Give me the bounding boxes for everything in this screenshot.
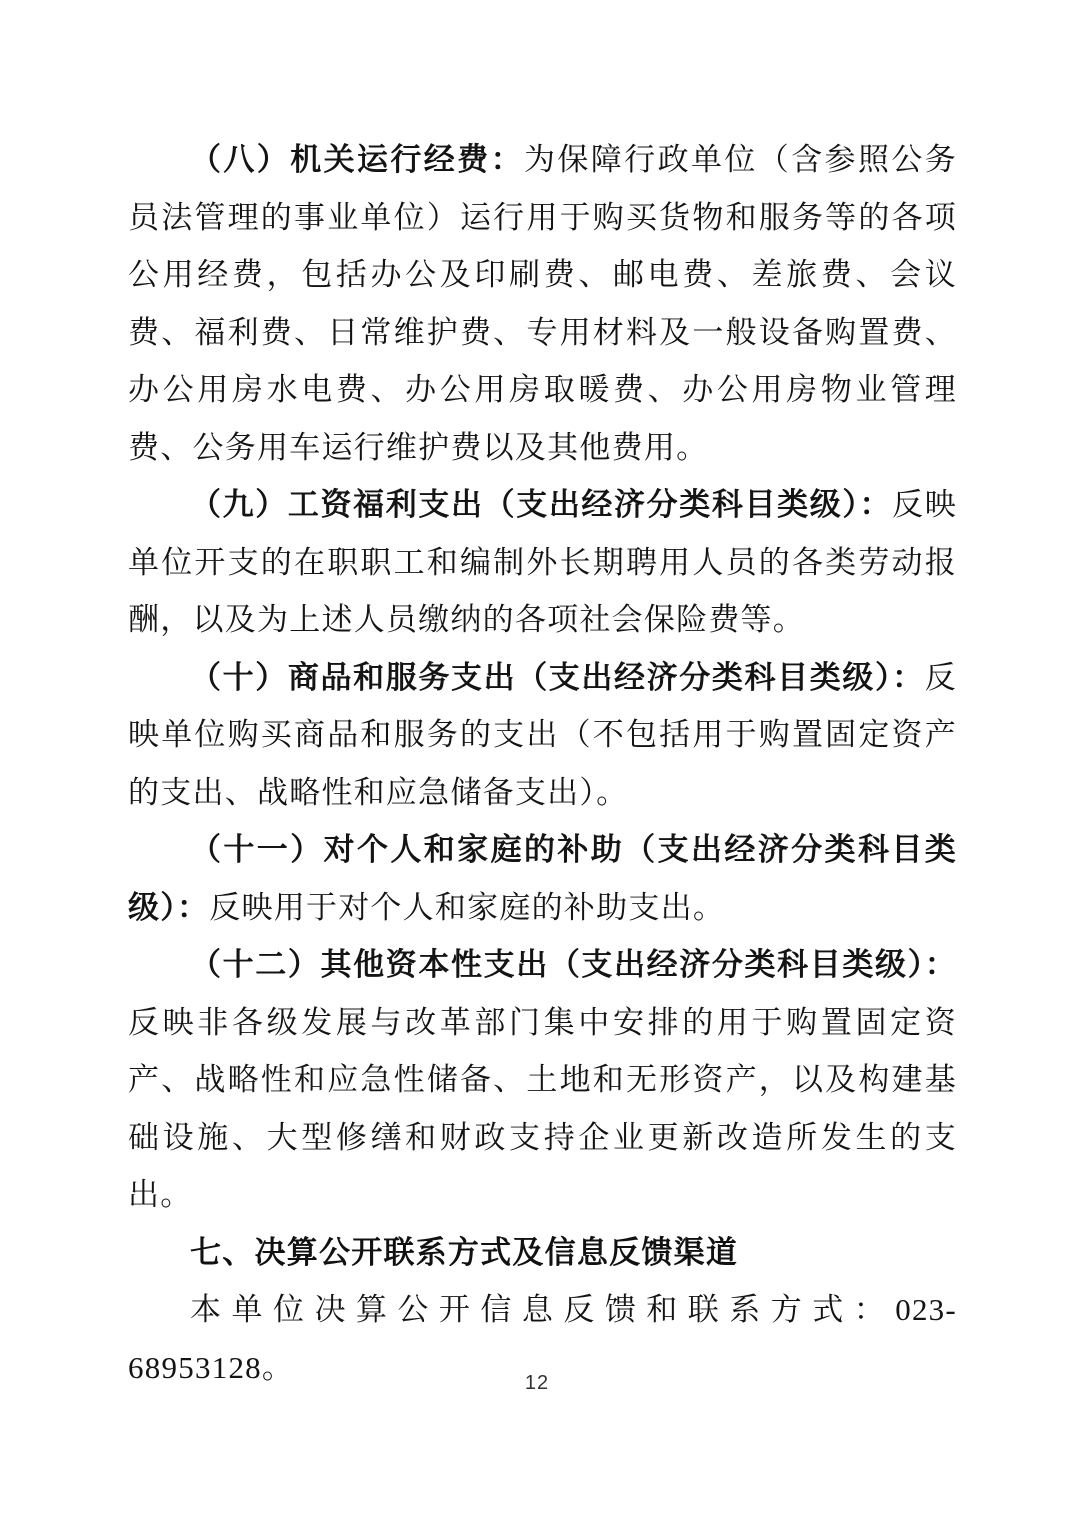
page-footer: 12 — [0, 1372, 1074, 1395]
section-heading: 七、决算公开联系方式及信息反馈渠道 — [128, 1224, 957, 1282]
page-number: 12 — [525, 1372, 549, 1394]
paragraph-text: 反映用于对个人和家庭的补助支出。 — [209, 890, 725, 925]
document-body: （八）机关运行经费：为保障行政单位（含参照公务员法管理的事业单位）运行用于购买货… — [128, 131, 957, 1396]
paragraph-item-12: （十二）其他资本性支出（支出经济分类科目类级）：反映非各级发展与改革部门集中安排… — [128, 936, 957, 1224]
paragraph-item-9: （九）工资福利支出（支出经济分类科目类级）：反映单位开支的在职职工和编制外长期聘… — [128, 476, 957, 649]
paragraph-item-10: （十）商品和服务支出（支出经济分类科目类级）：反映单位购买商品和服务的支出（不包… — [128, 649, 957, 822]
document-page: （八）机关运行经费：为保障行政单位（含参照公务员法管理的事业单位）运行用于购买货… — [0, 0, 1074, 1520]
paragraph-lead: （十）商品和服务支出（支出经济分类科目类级）： — [190, 660, 925, 695]
paragraph-item-11: （十一）对个人和家庭的补助（支出经济分类科目类级）：反映用于对个人和家庭的补助支… — [128, 821, 957, 936]
paragraph-lead: （八）机关运行经费： — [190, 142, 524, 177]
paragraph-text: 为保障行政单位（含参照公务员法管理的事业单位）运行用于购买货物和服务等的各项公用… — [128, 142, 957, 465]
paragraph-item-8: （八）机关运行经费：为保障行政单位（含参照公务员法管理的事业单位）运行用于购买货… — [128, 131, 957, 476]
paragraph-text: 反映非各级发展与改革部门集中安排的用于购置固定资产、战略性和应急性储备、土地和无… — [128, 1005, 957, 1213]
paragraph-lead: （九）工资福利支出（支出经济分类科目类级）： — [190, 487, 892, 522]
paragraph-lead: （十二）其他资本性支出（支出经济分类科目类级）： — [190, 947, 957, 982]
